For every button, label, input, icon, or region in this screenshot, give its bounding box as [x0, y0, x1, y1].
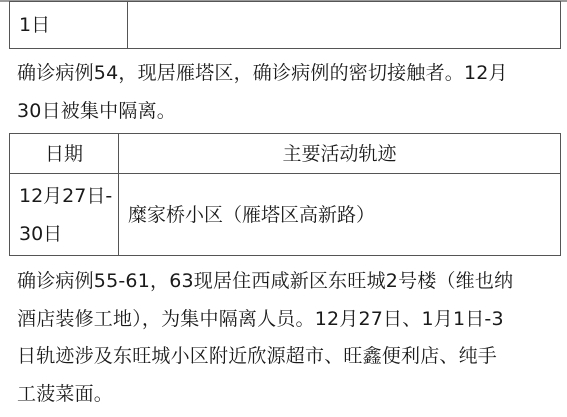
- table-row: 12月27日- 30日 糜家桥小区（雁塔区高新路）: [10, 174, 561, 256]
- date-line: 12月27日-: [19, 177, 118, 215]
- text-line: 日轨迹涉及东旺城小区附近欣源超市、旺鑫便利店、纯手: [17, 338, 557, 376]
- text-line: 确诊病例54，现居雁塔区，确诊病例的密切接触者。12月: [17, 55, 557, 93]
- table-header-row: 日期 主要活动轨迹: [10, 134, 561, 174]
- date-line: 30日: [19, 215, 118, 253]
- text-line: 确诊病例55-61，63现居住西咸新区东旺城2号楼（维也纳: [17, 263, 557, 301]
- text-line: 工菠菜面。: [17, 376, 557, 414]
- header-trace: 主要活动轨迹: [119, 134, 561, 174]
- table-row: 1日: [10, 2, 561, 49]
- text-line: 酒店装修工地），为集中隔离人员。12月27日、1月1日-3: [17, 301, 557, 339]
- trace-table-case-54: 日期 主要活动轨迹 12月27日- 30日 糜家桥小区（雁塔区高新路）: [9, 133, 561, 256]
- trace-table-previous: 1日: [9, 1, 561, 49]
- date-cell: 1日: [10, 2, 128, 49]
- case-54-paragraph: 确诊病例54，现居雁塔区，确诊病例的密切接触者。12月 30日被集中隔离。: [17, 55, 557, 130]
- header-date: 日期: [10, 134, 119, 174]
- trace-cell: 糜家桥小区（雁塔区高新路）: [119, 174, 561, 256]
- trace-cell: [128, 2, 561, 49]
- text-line: 30日被集中隔离。: [17, 93, 557, 131]
- date-cell: 12月27日- 30日: [10, 174, 119, 256]
- case-55-61-63-paragraph: 确诊病例55-61，63现居住西咸新区东旺城2号楼（维也纳 酒店装修工地），为集…: [17, 263, 557, 413]
